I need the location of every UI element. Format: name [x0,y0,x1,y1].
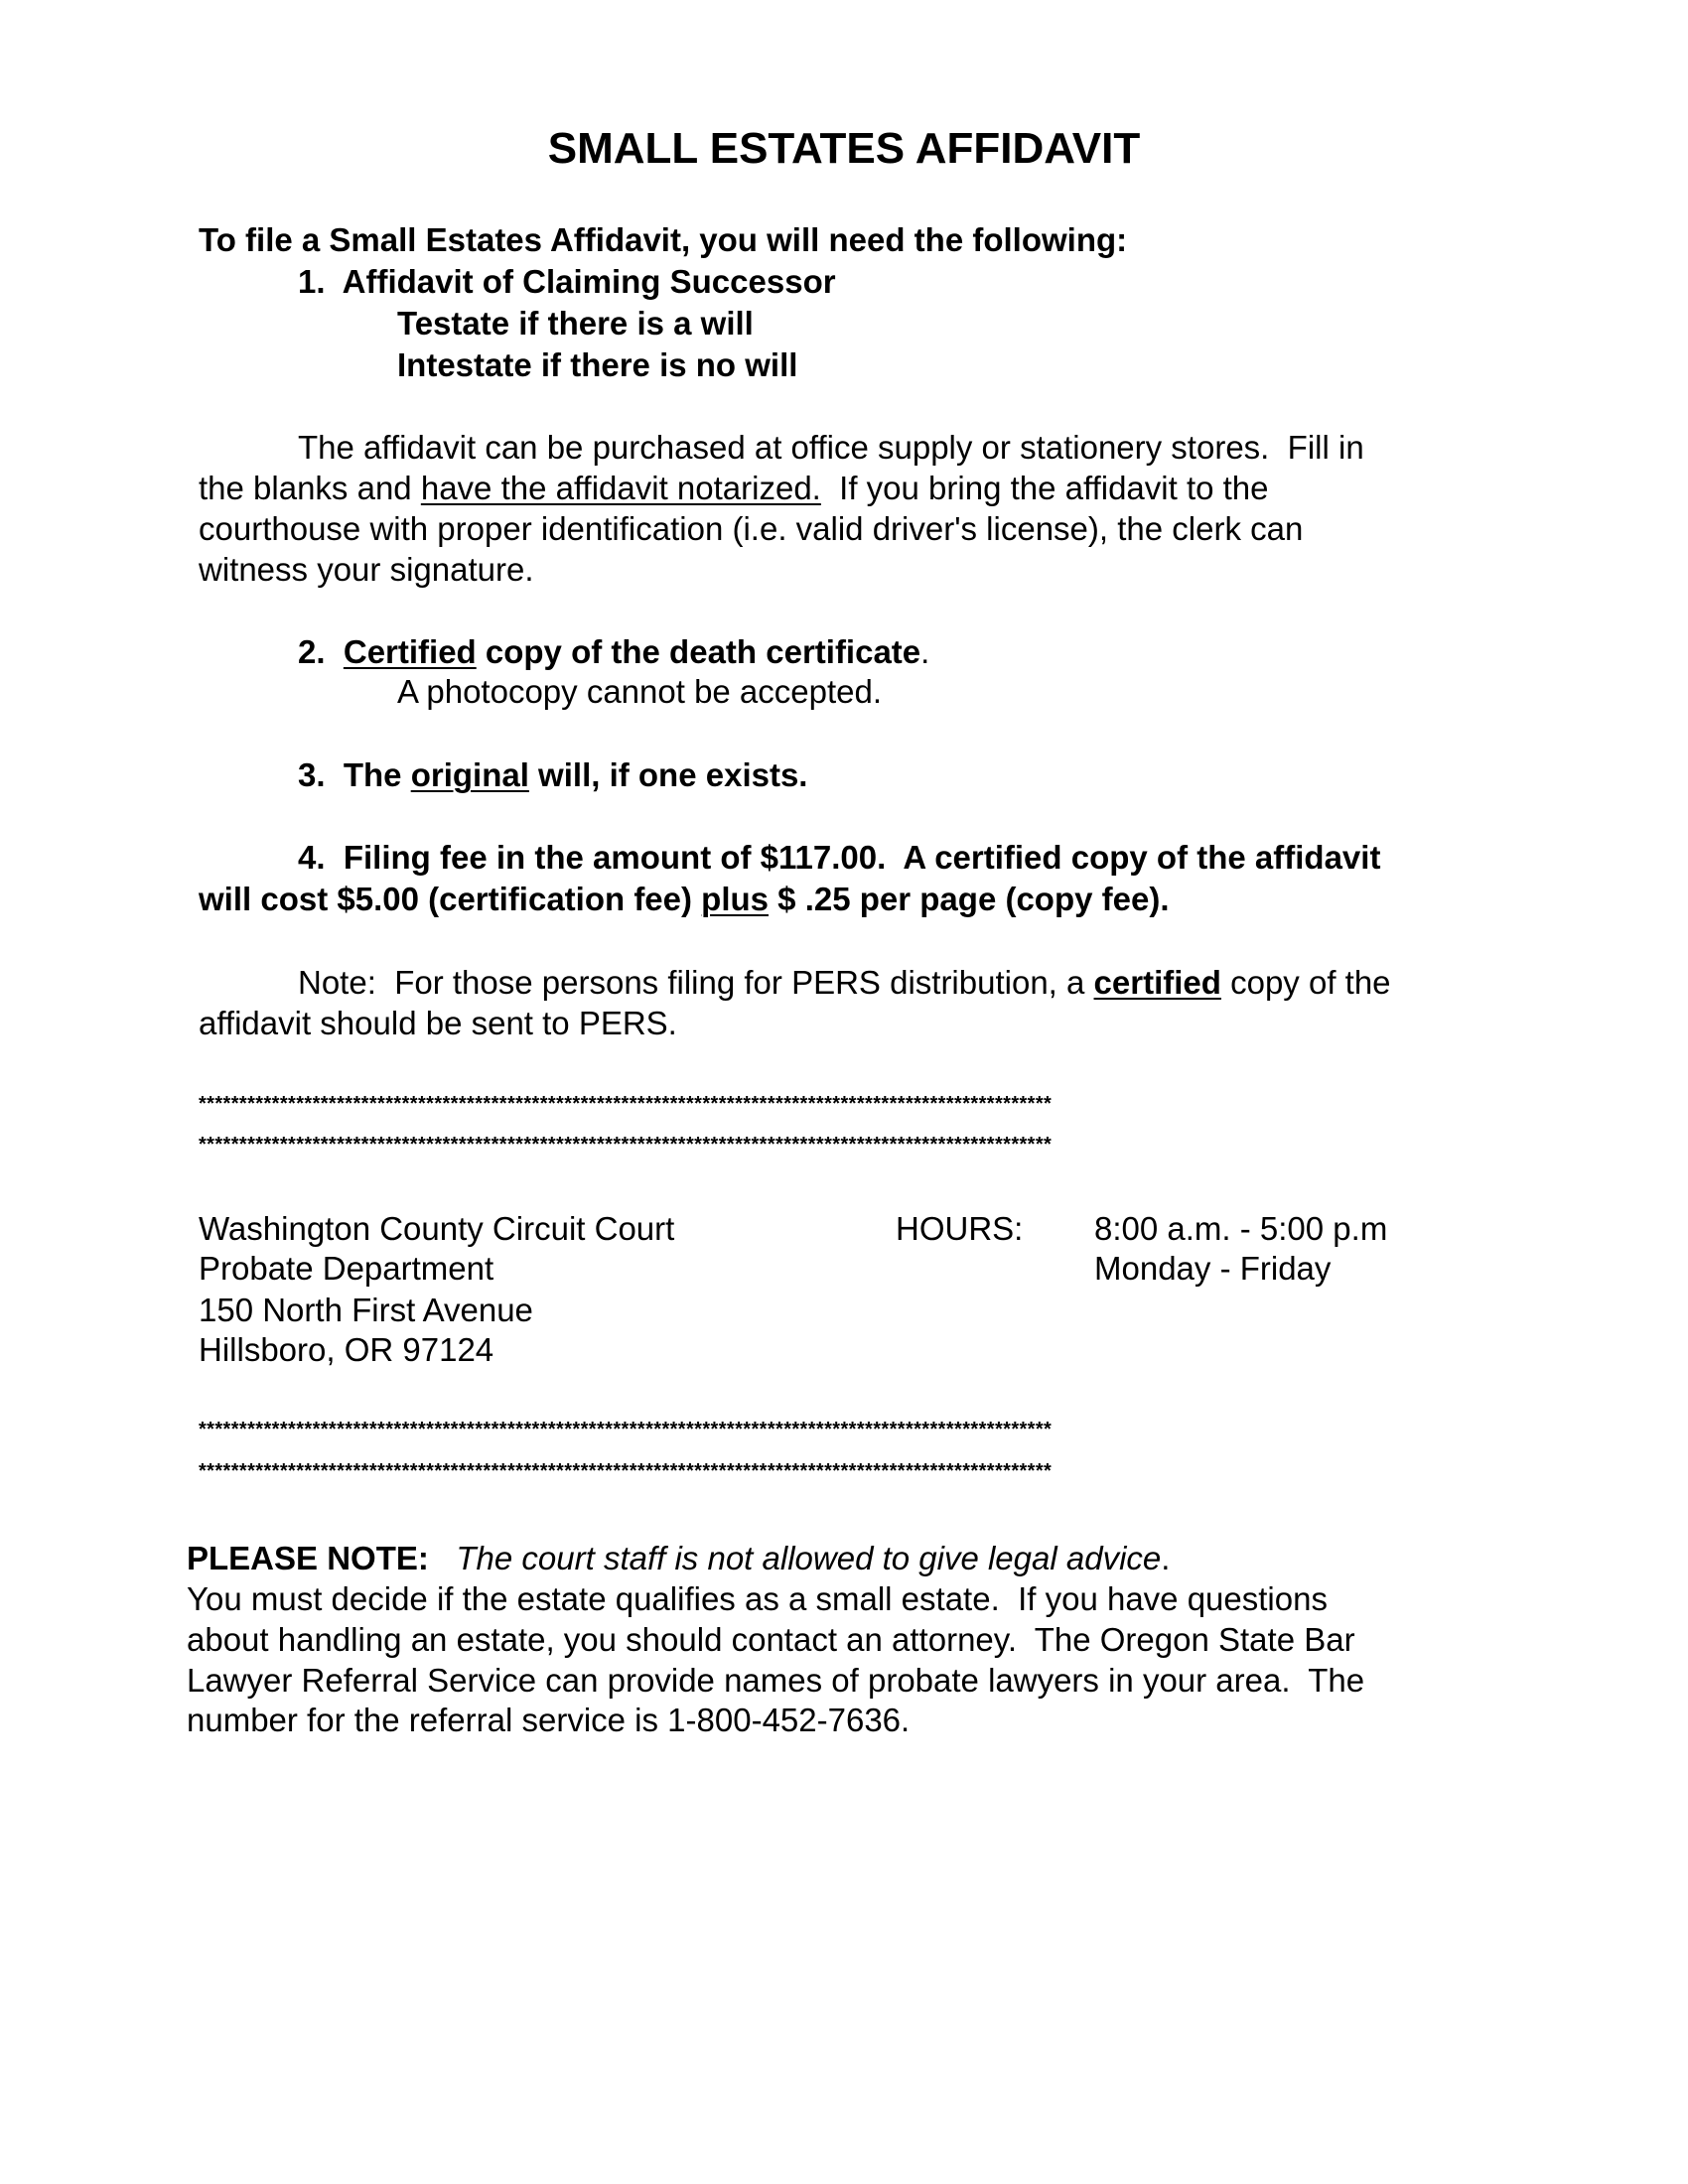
notarized-emphasis: have the affidavit notarized. [421,470,821,506]
item-3-text: 3. The [298,756,411,793]
paragraph-text: If you bring the affidavit to the [821,470,1269,506]
item-3: 3. The original will, if one exists. [298,755,807,795]
please-note-label: PLEASE NOTE: [187,1540,429,1576]
paragraph-line: the blanks and have the affidavit notari… [199,469,1269,508]
item-4-line-1: 4. Filing fee in the amount of $117.00. … [298,838,1380,878]
referral-phone-line: number for the referral service is 1-800… [187,1701,910,1740]
hours-time: 8:00 a.m. - 5:00 p.m [1094,1209,1387,1249]
asterisk-separator: ****************************************… [199,1133,1479,1157]
please-note-period: . [1161,1540,1170,1576]
certified-emphasis: certified [1094,964,1221,1001]
intro-heading: To file a Small Estates Affidavit, you w… [199,220,1127,260]
address-line: Hillsboro, OR 97124 [199,1330,493,1370]
paragraph-line: courthouse with proper identification (i… [199,509,1303,549]
item-2-text: copy of the death certificate [477,633,920,670]
item-4-text: $ .25 per page (copy fee). [769,881,1169,917]
page-title: SMALL ESTATES AFFIDAVIT [0,123,1688,175]
item-1-testate: Testate if there is a will [397,304,754,343]
pers-note-line-1: Note: For those persons filing for PERS … [298,963,1391,1003]
plus-emphasis: plus [701,881,769,917]
please-note-line-1: PLEASE NOTE: The court staff is not allo… [187,1539,1170,1578]
paragraph-text: the blanks and [199,470,421,506]
item-3-text: will, if one exists. [529,756,808,793]
address-line: Probate Department [199,1249,493,1289]
original-emphasis: original [411,756,529,793]
pers-note-text: Note: For those persons filing for PERS … [298,964,1094,1001]
pers-note-text: copy of the [1221,964,1391,1001]
item-2-note: A photocopy cannot be accepted. [397,672,882,712]
item-2-period: . [920,633,929,670]
hours-label: HOURS: [896,1209,1023,1249]
please-note-line: Lawyer Referral Service can provide name… [187,1661,1364,1701]
hours-days: Monday - Friday [1094,1249,1331,1289]
please-note-line: You must decide if the estate qualifies … [187,1579,1328,1619]
item-4-text: will cost $5.00 (certification fee) [199,881,701,917]
address-line: Washington County Circuit Court [199,1209,674,1249]
item-1-intestate: Intestate if there is no will [397,345,797,385]
address-line: 150 North First Avenue [199,1291,533,1330]
asterisk-separator: ****************************************… [199,1418,1479,1441]
item-2-number: 2. [298,633,344,670]
asterisk-separator: ****************************************… [199,1092,1479,1116]
item-1-label: 1. Affidavit of Claiming Successor [298,262,836,302]
legal-advice-disclaimer: The court staff is not allowed to give l… [456,1540,1161,1576]
certified-emphasis: Certified [344,633,477,670]
asterisk-separator: ****************************************… [199,1459,1479,1483]
paragraph-line: The affidavit can be purchased at office… [298,428,1364,468]
pers-note-line-2: affidavit should be sent to PERS. [199,1004,677,1043]
item-2: 2. Certified copy of the death certifica… [298,632,929,672]
paragraph-line: witness your signature. [199,550,534,590]
please-note-line: about handling an estate, you should con… [187,1620,1355,1660]
item-4-line-2: will cost $5.00 (certification fee) plus… [199,880,1170,919]
